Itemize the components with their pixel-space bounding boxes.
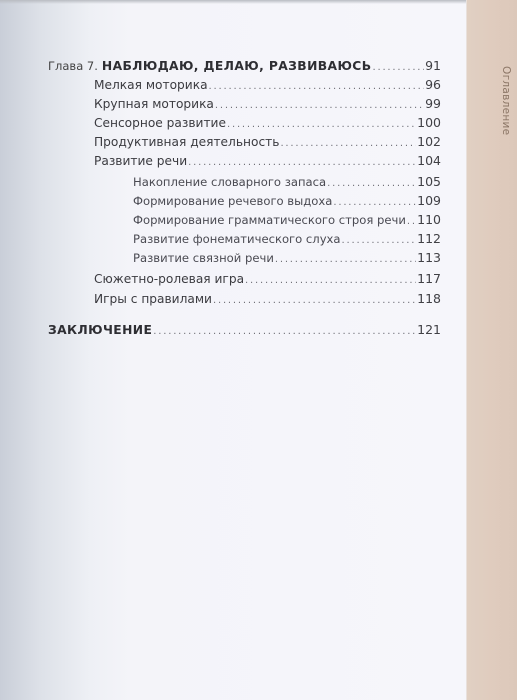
page-number: 118	[417, 291, 441, 306]
page-number: 110	[417, 212, 441, 227]
page-top-edge	[0, 0, 466, 4]
subentry-title: Развитие фонематического слуха	[133, 232, 341, 246]
toc-entry[interactable]: Развитие речи 104	[94, 153, 441, 168]
toc-entry[interactable]: Сенсорное развитие 100	[94, 115, 441, 130]
subentry-title: Накопление словарного запаса	[133, 175, 326, 189]
toc-conclusion[interactable]: ЗАКЛЮЧЕНИЕ 121	[48, 322, 441, 337]
dot-leader	[153, 326, 416, 337]
toc-entry[interactable]: Продуктивная деятельность 102	[94, 134, 441, 149]
dot-leader	[275, 254, 416, 265]
toc-subentry[interactable]: Развитие связной речи 113	[133, 250, 441, 265]
entry-title: Продуктивная деятельность	[94, 135, 279, 149]
dot-leader	[372, 62, 424, 73]
dot-leader	[227, 119, 416, 130]
dot-leader	[209, 81, 425, 92]
page-number: 117	[417, 271, 441, 286]
subentry-title: Развитие связной речи	[133, 251, 274, 265]
page-number: 96	[425, 77, 441, 92]
page-number: 100	[417, 115, 441, 130]
entry-title: Крупная моторика	[94, 97, 214, 111]
page-number: 99	[425, 96, 441, 111]
page-number: 109	[417, 193, 441, 208]
dot-leader	[407, 216, 416, 227]
entry-title: Сюжетно-ролевая игра	[94, 272, 244, 286]
page-number: 105	[417, 174, 441, 189]
toc-entry[interactable]: Крупная моторика 99	[94, 96, 441, 111]
page-number: 102	[417, 134, 441, 149]
toc-entry[interactable]: Игры с правилами 118	[94, 291, 441, 306]
conclusion-title: ЗАКЛЮЧЕНИЕ	[48, 323, 152, 337]
entry-title: Игры с правилами	[94, 292, 212, 306]
subentry-title: Формирование грамматического строя речи	[133, 213, 406, 227]
dot-leader	[245, 275, 416, 286]
toc-subentry[interactable]: Накопление словарного запаса 105	[133, 174, 441, 189]
toc-entry[interactable]: Сюжетно-ролевая игра 117	[94, 271, 441, 286]
toc-entry[interactable]: Мелкая моторика 96	[94, 77, 441, 92]
dot-leader	[342, 235, 417, 246]
toc-chapter-7[interactable]: Глава 7. НАБЛЮДАЮ, ДЕЛАЮ, РАЗВИВАЮСЬ 91	[48, 58, 441, 73]
toc-subentry[interactable]: Развитие фонематического слуха 112	[133, 231, 441, 246]
entry-title: Мелкая моторика	[94, 78, 208, 92]
subentry-title: Формирование речевого выдоха	[133, 194, 332, 208]
page-number: 113	[417, 250, 441, 265]
dot-leader	[333, 197, 416, 208]
dot-leader	[327, 178, 416, 189]
dot-leader	[280, 138, 416, 149]
page-number: 112	[417, 231, 441, 246]
page-number: 121	[417, 322, 441, 337]
side-tab-label: Оглавление	[500, 66, 512, 135]
page-number: 91	[425, 58, 441, 73]
entry-title: Сенсорное развитие	[94, 116, 226, 130]
dot-leader	[215, 100, 424, 111]
dot-leader	[213, 295, 416, 306]
page-number: 104	[417, 153, 441, 168]
entry-title: Развитие речи	[94, 154, 187, 168]
toc-subentry[interactable]: Формирование речевого выдоха 109	[133, 193, 441, 208]
chapter-title: НАБЛЮДАЮ, ДЕЛАЮ, РАЗВИВАЮСЬ	[102, 59, 372, 73]
toc-subentry[interactable]: Формирование грамматического строя речи …	[133, 212, 441, 227]
dot-leader	[188, 157, 416, 168]
chapter-label: Глава 7.	[48, 59, 98, 73]
